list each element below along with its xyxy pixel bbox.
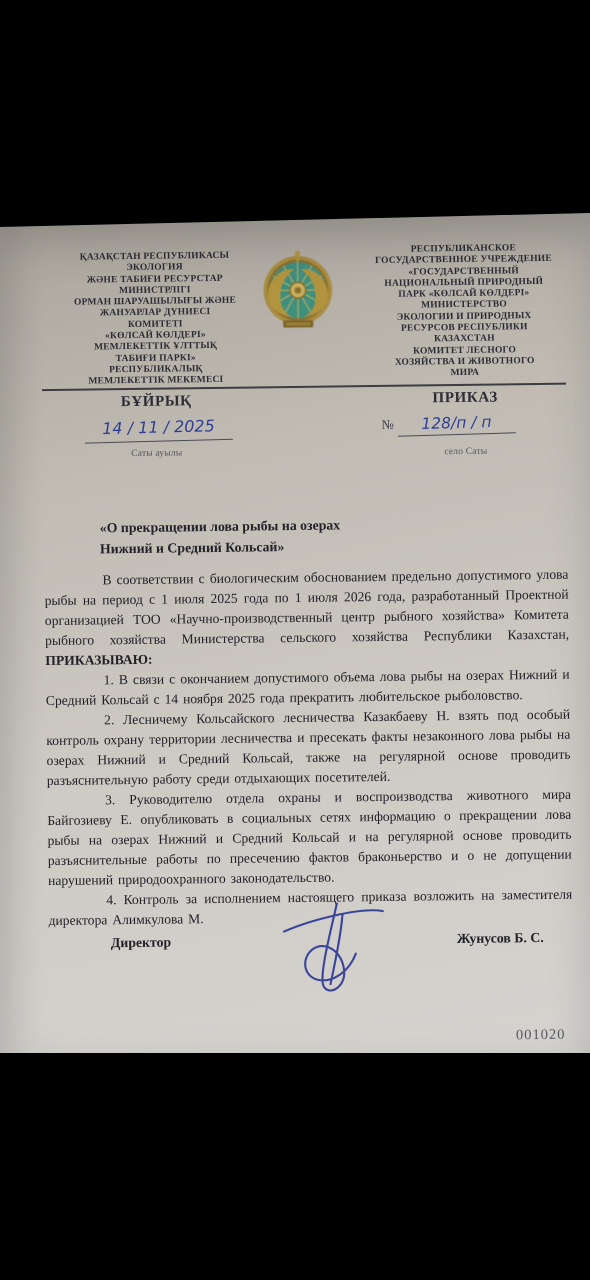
signer-role: Директор — [111, 935, 172, 952]
document-content: ҚАЗАҚСТАН РЕСПУБЛИКАСЫ ЭКОЛОГИЯ ЖӘНЕ ТАБ… — [0, 206, 590, 1056]
document-page: ҚАЗАҚСТАН РЕСПУБЛИКАСЫ ЭКОЛОГИЯ ЖӘНЕ ТАБ… — [0, 210, 590, 1053]
order-item-1: 1. В связи с окончанием допустимого объе… — [45, 665, 569, 711]
number-sign: № — [381, 417, 394, 432]
handwritten-date: 14 / 11 / 2025 — [84, 415, 233, 444]
letterhead-russian: РЕСПУБЛИКАНСКОЕ ГОСУДАРСТВЕННОЕ УЧРЕЖДЕН… — [346, 242, 582, 380]
signer-name: Жунусов Б. С. — [457, 930, 544, 947]
handwritten-order-number: 128/п / п — [397, 412, 516, 436]
letterhead-kazakh: ҚАЗАҚСТАН РЕСПУБЛИКАСЫ ЭКОЛОГИЯ ЖӘНЕ ТАБ… — [52, 250, 258, 388]
order-subject-line2: Нижний и Средний Кольсай» — [100, 535, 341, 559]
order-item-3: 3. Руководителю отдела охраны и воспроиз… — [47, 785, 572, 891]
order-heading-kazakh: БҰЙРЫҚ — [54, 392, 258, 411]
intro-text: В соответствии с биологическим обоснован… — [45, 567, 570, 648]
order-subject-line1: «О прекращении лова рыбы на озерах — [100, 514, 341, 538]
form-serial-number: 001020 — [516, 1027, 566, 1045]
decree-keyword: ПРИКАЗЫВАЮ: — [45, 652, 152, 668]
order-heading-russian: ПРИКАЗ — [348, 388, 582, 408]
photo-background: ҚАЗАҚСТАН РЕСПУБЛИКАСЫ ЭКОЛОГИЯ ЖӘНЕ ТАБ… — [0, 0, 590, 1280]
order-body: В соответствии с биологическим обоснован… — [44, 565, 572, 931]
place-kazakh: Саты ауылы — [55, 447, 259, 459]
order-subject: «О прекращении лова рыбы на озерах Нижни… — [100, 514, 341, 559]
signature-ink — [276, 895, 387, 998]
place-russian: село Саты — [349, 445, 583, 458]
letterhead-ru-line: МИРА — [348, 367, 582, 381]
order-number-line: № 128/п / п — [381, 413, 515, 436]
kazakhstan-coat-of-arms-icon — [254, 245, 341, 338]
intro-paragraph: В соответствии с биологическим обоснован… — [44, 565, 569, 671]
order-item-2: 2. Лесничему Кольсайского лесничества Ка… — [46, 705, 571, 791]
